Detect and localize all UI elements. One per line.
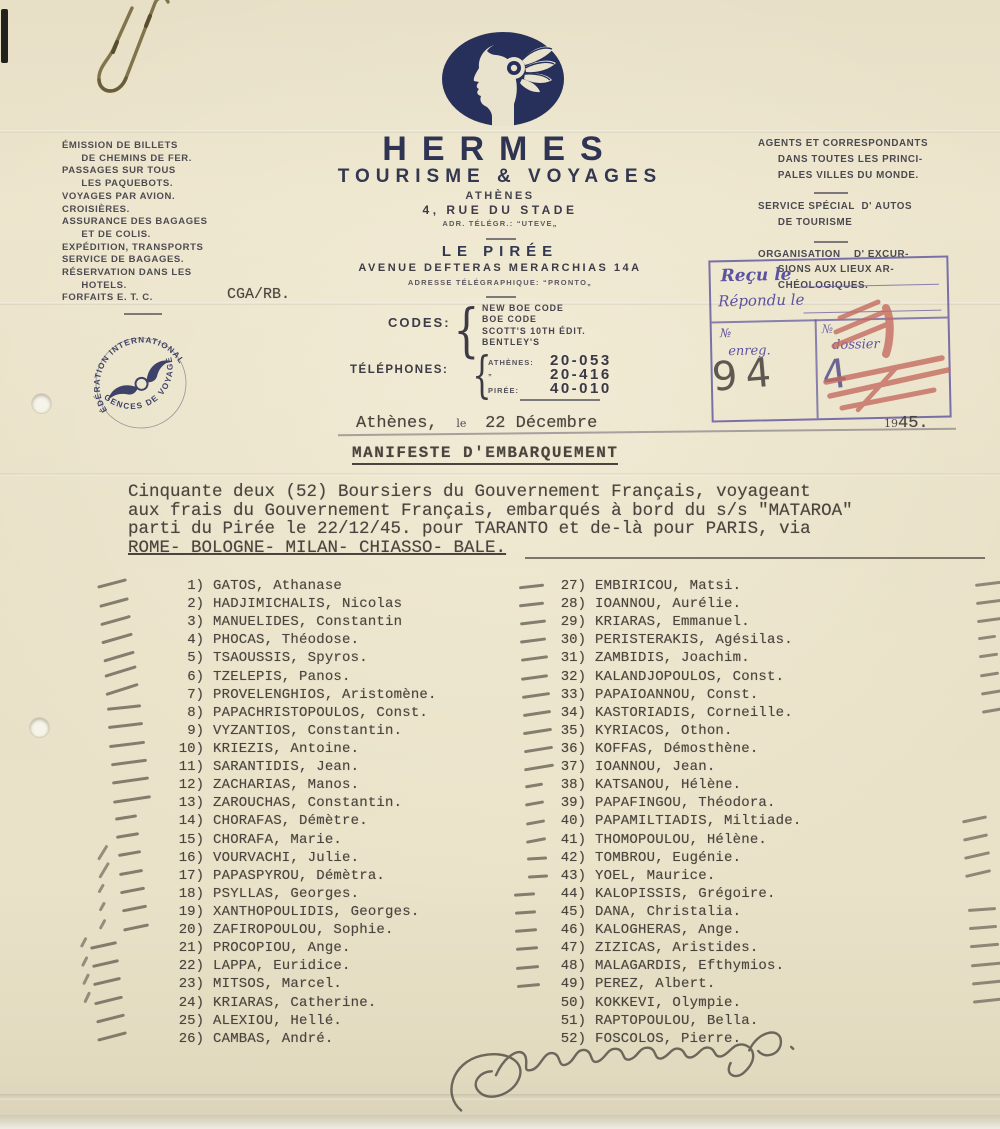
passenger-number: 26) [148, 1031, 204, 1047]
passenger-name: KASTORIADIS, Corneille. [595, 705, 793, 721]
passenger-name: PSYLLAS, Georges. [213, 886, 359, 902]
passenger-number: 12) [148, 777, 204, 793]
pencil-check-mark [83, 991, 90, 1003]
passenger-row: 17)PAPASPYROU, Démètra. [148, 866, 437, 884]
dateline-century: 19 [884, 417, 898, 430]
pencil-check-mark [116, 832, 139, 838]
pencil-check-mark [980, 671, 1000, 677]
pencil-check-mark [975, 580, 1000, 586]
punch-hole [30, 718, 49, 737]
pencil-check-mark [90, 941, 117, 949]
divider [814, 192, 848, 194]
pencil-check-mark [971, 961, 1000, 966]
passenger-name: KATSANOU, Hélène. [595, 777, 741, 793]
manifest-paragraph: Cinquante deux (52) Boursiers du Gouvern… [128, 483, 853, 558]
pencil-check-mark [970, 943, 999, 948]
passenger-row: 6)TZELEPIS, Panos. [148, 667, 437, 685]
passenger-number: 18) [148, 886, 204, 902]
passenger-row: 33)PAPAIOANNOU, Const. [528, 685, 801, 703]
paragraph-line1: Cinquante deux (52) Boursiers du Gouvern… [128, 482, 811, 502]
pencil-check-mark [966, 869, 992, 878]
pencil-check-mark [107, 704, 141, 710]
passenger-row: 41)THOMOPOULOU, Hélène. [528, 830, 801, 848]
pencil-check-mark [109, 741, 145, 748]
passenger-name: PERISTERAKIS, Agésilas. [595, 632, 793, 648]
pencil-check-mark [102, 633, 133, 644]
passenger-name: YOEL, Maurice. [595, 868, 715, 884]
passenger-number: 22) [148, 958, 204, 974]
pencil-check-mark [969, 925, 997, 930]
pencil-check-mark [94, 995, 122, 1004]
passenger-name: PAPACHRISTOPOULOS, Const. [213, 705, 428, 721]
passenger-name: HADJIMICHALIS, Nicolas [213, 596, 402, 612]
pencil-check-mark [976, 598, 1000, 605]
pencil-check-mark [982, 707, 1000, 713]
pencil-check-mark [978, 635, 996, 640]
paper-crease [0, 473, 1000, 476]
passenger-row: 9)VYZANTIOS, Constantin. [148, 721, 437, 739]
passenger-number: 25) [148, 1013, 204, 1029]
passenger-name: EMBIRICOU, Matsi. [595, 578, 741, 594]
passenger-row: 49)PEREZ, Albert. [528, 974, 801, 992]
passenger-name: PHOCAS, Théodose. [213, 632, 359, 648]
passenger-number: 5) [148, 650, 204, 666]
passenger-name: VOURVACHI, Julie. [213, 850, 359, 866]
pencil-check-mark [104, 665, 136, 677]
emblem-arc-bottom: AGENCES DE VOYAGES [58, 308, 190, 435]
pencil-check-mark [97, 1031, 126, 1041]
pencil-check-mark [115, 814, 137, 820]
divider [486, 238, 516, 240]
passenger-name: CAMBAS, André. [213, 1031, 333, 1047]
passenger-name: VYZANTIOS, Constantin. [213, 723, 402, 739]
passenger-number: 4) [148, 632, 204, 648]
passenger-number: 3) [148, 614, 204, 630]
pencil-check-mark [113, 795, 150, 803]
pencil-check-mark [100, 615, 131, 626]
passenger-row: 18)PSYLLAS, Georges. [148, 884, 437, 902]
phones-label: TÉLÉPHONES: [350, 364, 448, 376]
passenger-row: 1)GATOS, Athanase [148, 576, 437, 594]
passenger-name: SARANTIDIS, Jean. [213, 759, 359, 775]
passenger-row: 24)KRIARAS, Catherine. [148, 993, 437, 1011]
pencil-check-mark [981, 689, 1000, 695]
paperclip-icon [80, 0, 210, 121]
pencil-check-mark [962, 815, 987, 823]
passenger-name: MANUELIDES, Constantin [213, 614, 402, 630]
pencil-check-mark [99, 919, 106, 930]
pencil-check-mark [106, 683, 139, 696]
pencil-check-mark [80, 937, 87, 948]
passenger-name: ZIZICAS, Aristides. [595, 940, 758, 956]
passenger-row: 39)PAPAFINGOU, Théodora. [528, 793, 801, 811]
paragraph-underline-extension [525, 557, 985, 559]
pencil-check-mark [108, 722, 143, 729]
passenger-name: IOANNOU, Aurélie. [595, 596, 741, 612]
pencil-check-mark [967, 907, 995, 912]
passenger-name: KOFFAS, Démosthène. [595, 741, 758, 757]
divider [486, 296, 516, 298]
passenger-name: PAPAIOANNOU, Const. [595, 687, 758, 703]
passenger-number: 14) [148, 813, 204, 829]
paragraph-line3: parti du Pirée le 22/12/45. pour TARANTO… [128, 519, 811, 539]
scan-corner-mark [1, 9, 8, 63]
divider [814, 241, 848, 243]
passenger-row: 22)LAPPA, Euridice. [148, 956, 437, 974]
paragraph-line4: ROME- BOLOGNE- MILAN- CHIASSO- BALE. [128, 538, 506, 558]
passenger-name: MALAGARDIS, Efthymios. [595, 958, 784, 974]
pencil-check-mark [964, 851, 990, 859]
passenger-list-left: 1)GATOS, Athanase 2)HADJIMICHALIS, Nicol… [148, 576, 437, 1047]
passenger-number: 7) [148, 687, 204, 703]
passenger-row: 29)KRIARAS, Emmanuel. [528, 612, 801, 630]
passenger-name: LAPPA, Euridice. [213, 958, 351, 974]
passenger-number: 16) [148, 850, 204, 866]
svg-text:AGENCES DE VOYAGES: AGENCES DE VOYAGES [58, 308, 190, 435]
passenger-name: XANTHOPOULIDIS, Georges. [213, 904, 419, 920]
dateline: Athènes, le 22 Décembre [356, 414, 597, 433]
red-pencil-marks [700, 250, 1000, 430]
pencil-check-mark [977, 616, 1000, 623]
passenger-name: ZAFIROPOULOU, Sophie. [213, 922, 394, 938]
dateline-year: 1945. [884, 414, 929, 433]
passenger-row: 15)CHORAFA, Marie. [148, 830, 437, 848]
pencil-check-mark [112, 777, 149, 785]
passenger-row: 16)VOURVACHI, Julie. [148, 848, 437, 866]
pencil-check-mark [97, 844, 108, 860]
passenger-row: 11)SARANTIDIS, Jean. [148, 757, 437, 775]
passenger-row: 43)YOEL, Maurice. [528, 866, 801, 884]
passenger-name: TOMBROU, Eugénie. [595, 850, 741, 866]
passenger-number: 10) [148, 741, 204, 757]
passenger-number: 44) [528, 886, 586, 902]
passenger-row: 42)TOMBROU, Eugénie. [528, 848, 801, 866]
passenger-number: 8) [148, 705, 204, 721]
passenger-name: PAPASPYROU, Démètra. [213, 868, 385, 884]
passenger-name: ZACHARIAS, Manos. [213, 777, 359, 793]
punch-hole [32, 394, 51, 413]
passenger-row: 27)EMBIRICOU, Matsi. [528, 576, 801, 594]
passenger-name: PROVELENGHIOS, Aristomène. [213, 687, 437, 703]
passenger-row: 12)ZACHARIAS, Manos. [148, 775, 437, 793]
dateline-le: le [456, 417, 466, 430]
phone-row: PIRÉE:40-010 [488, 380, 612, 398]
hermes-logo [438, 28, 568, 130]
codes-label: CODES: [388, 315, 451, 330]
pencil-check-mark [119, 869, 143, 876]
passenger-name: CHORAFAS, Démètre. [213, 813, 368, 829]
pencil-check-mark [972, 979, 1000, 985]
pencil-check-mark [973, 997, 1000, 1003]
passenger-number: 20) [148, 922, 204, 938]
scanned-letter: HERMES TOURISME & VOYAGES ATHÈNES 4, RUE… [0, 0, 1000, 1129]
dateline-date: 22 Décembre [485, 414, 597, 433]
passenger-row: 7)PROVELENGHIOS, Aristomène. [148, 685, 437, 703]
passenger-name: THOMOPOULOU, Hélène. [595, 832, 767, 848]
passenger-name: CHORAFA, Marie. [213, 832, 342, 848]
passenger-row: 23)MITSOS, Marcel. [148, 974, 437, 992]
passenger-name: PEREZ, Albert. [595, 976, 715, 992]
passenger-row: 14)CHORAFAS, Démètre. [148, 811, 437, 829]
pencil-check-mark [97, 578, 127, 588]
pencil-check-mark [103, 651, 135, 663]
passenger-row: 32)KALANDJOPOULOS, Const. [528, 667, 801, 685]
document-title: MANIFESTE D'EMBARQUEMENT [352, 444, 618, 465]
pencil-check-mark [97, 883, 104, 893]
pencil-check-mark [963, 833, 988, 841]
dateline-year-value: 45. [898, 414, 929, 433]
passenger-row: 10)KRIEZIS, Antoine. [148, 739, 437, 757]
passenger-row: 48)MALAGARDIS, Efthymios. [528, 956, 801, 974]
passenger-row: 28)IOANNOU, Aurélie. [528, 594, 801, 612]
passenger-name: KRIEZIS, Antoine. [213, 741, 359, 757]
passenger-row: 45)DANA, Christalia. [528, 902, 801, 920]
passenger-name: PAPAFINGOU, Théodora. [595, 795, 776, 811]
passenger-name: ALEXIOU, Hellé. [213, 1013, 342, 1029]
passenger-number: 50) [528, 995, 586, 1011]
passenger-list-right: 27)EMBIRICOU, Matsi. 28)IOANNOU, Aurélie… [528, 576, 801, 1047]
passenger-number: 13) [148, 795, 204, 811]
passenger-name: KOKKEVI, Olympie. [595, 995, 741, 1011]
passenger-row: 21)PROCOPIOU, Ange. [148, 938, 437, 956]
passenger-name: KYRIACOS, Othon. [595, 723, 733, 739]
passenger-name: ZAROUCHAS, Constantin. [213, 795, 402, 811]
passenger-name: TSAOUSSIS, Spyros. [213, 650, 368, 666]
passenger-row: 35)KYRIACOS, Othon. [528, 721, 801, 739]
codes-list: NEW BOE CODE BOE CODE SCOTT'S 10TH ÉDIT.… [482, 303, 586, 349]
passenger-row: 30)PERISTERAKIS, Agésilas. [528, 630, 801, 648]
pencil-check-mark [122, 905, 147, 913]
pencil-check-mark [99, 597, 129, 608]
passenger-row: 40)PAPAMILTIADIS, Miltiade. [528, 811, 801, 829]
passenger-row: 44)KALOPISSIS, Grégoire. [528, 884, 801, 902]
passenger-number: 11) [148, 759, 204, 775]
passenger-name: DANA, Christalia. [595, 904, 741, 920]
pencil-check-mark [117, 850, 141, 857]
passenger-row: 34)KASTORIADIS, Corneille. [528, 703, 801, 721]
passenger-name: PAPAMILTIADIS, Miltiade. [595, 813, 801, 829]
passenger-name: KALANDJOPOULOS, Const. [595, 669, 784, 685]
pencil-check-mark [979, 653, 998, 658]
passenger-number: 9) [148, 723, 204, 739]
dateline-city: Athènes, [356, 414, 438, 433]
pencil-check-mark [82, 973, 89, 985]
passenger-row: 26)CAMBAS, André. [148, 1029, 437, 1047]
passenger-row: 8)PAPACHRISTOPOULOS, Const. [148, 703, 437, 721]
passenger-row: 36)KOFFAS, Démosthène. [528, 739, 801, 757]
divider [520, 399, 600, 401]
passenger-number: 23) [148, 976, 204, 992]
pencil-check-mark [98, 901, 105, 911]
phone-number: 40-010 [550, 380, 612, 397]
pencil-check-mark [123, 923, 149, 931]
passenger-name: KALOPISSIS, Grégoire. [595, 886, 776, 902]
passenger-row: 19)XANTHOPOULIDIS, Georges. [148, 902, 437, 920]
passenger-row: 13)ZAROUCHAS, Constantin. [148, 793, 437, 811]
passenger-row: 31)ZAMBIDIS, Joachim. [528, 648, 801, 666]
pencil-check-mark [98, 862, 109, 879]
passenger-row: 3)MANUELIDES, Constantin [148, 612, 437, 630]
signature [428, 1015, 861, 1129]
passenger-name: KALOGHERAS, Ange. [595, 922, 741, 938]
passenger-name: ZAMBIDIS, Joachim. [595, 650, 750, 666]
passenger-number: 17) [148, 868, 204, 884]
passenger-row: 50)KOKKEVI, Olympie. [528, 993, 801, 1011]
pencil-check-mark [111, 759, 147, 766]
pencil-check-mark [93, 977, 121, 986]
pencil-check-mark [92, 959, 119, 968]
passenger-row: 20)ZAFIROPOULOU, Sophie. [148, 920, 437, 938]
passenger-number: 19) [148, 904, 204, 920]
phone-place: PIRÉE: [488, 386, 550, 395]
passenger-number: 24) [148, 995, 204, 1011]
passenger-row: 4)PHOCAS, Théodose. [148, 630, 437, 648]
pencil-check-mark [96, 1013, 125, 1023]
pencil-check-mark [81, 955, 88, 966]
passenger-number: 6) [148, 669, 204, 685]
passenger-row: 37)IOANNOU, Jean. [528, 757, 801, 775]
passenger-name: GATOS, Athanase [213, 578, 342, 594]
passenger-number: 15) [148, 832, 204, 848]
passenger-number: 21) [148, 940, 204, 956]
passenger-number: 2) [148, 596, 204, 612]
passenger-row: 46)KALOGHERAS, Ange. [528, 920, 801, 938]
passenger-name: PROCOPIOU, Ange. [213, 940, 351, 956]
federation-emblem: · FÉDÉRATION INTERNATIONALE · AGENCES DE… [65, 307, 217, 459]
reference-code: CGA/RB. [227, 286, 290, 303]
paragraph-line2: aux frais du Gouvernement Français, emba… [128, 501, 853, 521]
passenger-row: 2)HADJIMICHALIS, Nicolas [148, 594, 437, 612]
passenger-row: 47)ZIZICAS, Aristides. [528, 938, 801, 956]
passenger-name: TZELEPIS, Panos. [213, 669, 351, 685]
passenger-name: MITSOS, Marcel. [213, 976, 342, 992]
passenger-row: 38)KATSANOU, Hélène. [528, 775, 801, 793]
passenger-row: 5)TSAOUSSIS, Spyros. [148, 648, 437, 666]
passenger-number: 45) [528, 904, 586, 920]
passenger-name: IOANNOU, Jean. [595, 759, 715, 775]
passenger-name: KRIARAS, Catherine. [213, 995, 376, 1011]
services-list-left: ÉMISSION DE BILLETS DE CHEMINS DE FER. P… [62, 140, 208, 305]
pencil-check-mark [120, 887, 145, 894]
passenger-name: KRIARAS, Emmanuel. [595, 614, 750, 630]
passenger-row: 25)ALEXIOU, Hellé. [148, 1011, 437, 1029]
passenger-number: 1) [148, 578, 204, 594]
